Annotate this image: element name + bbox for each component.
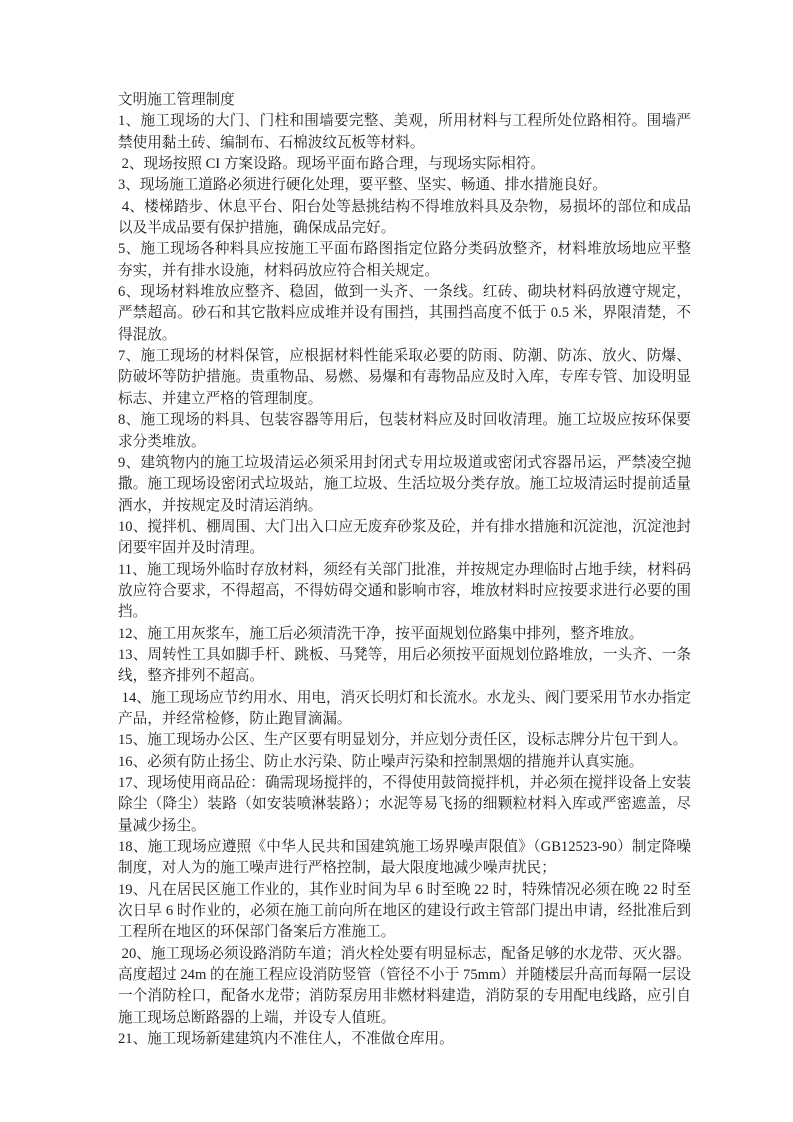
rule-item-1: 1、施工现场的大门、门柱和围墙要完整、美观，所用材料与工程所处位路相符。围墙严禁…	[118, 111, 691, 154]
rule-item-16: 16、必须有防止扬尘、防止水污染、防止噪声污染和控制黑烟的措施并认真实施。	[118, 752, 691, 773]
rule-item-3: 3、现场施工道路必须进行硬化处理，要平整、坚实、畅通、排水措施良好。	[118, 175, 691, 196]
rule-item-10: 10、搅拌机、棚周围、大门出入口应无废弃砂浆及砼，并有排水措施和沉淀池，沉淀池封…	[118, 517, 691, 560]
rule-item-14: 14、施工现场应节约用水、用电，消灭长明灯和长流水。水龙头、阀门要采用节水办指定…	[118, 688, 691, 731]
rule-item-8: 8、施工现场的料具、包装容器等用后，包装材料应及时回收清理。施工垃圾应按环保要求…	[118, 410, 691, 453]
rule-item-5: 5、施工现场各种料具应按施工平面布路图指定位路分类码放整齐，材料堆放场地应平整夯…	[118, 239, 691, 282]
rule-item-12: 12、施工用灰浆车，施工后必须清洗干净，按平面规划位路集中排列，整齐堆放。	[118, 624, 691, 645]
rule-item-20: 20、施工现场必须设路消防车道；消火栓处要有明显标志，配备足够的水龙带、灭火器。…	[118, 944, 691, 1029]
rule-item-21: 21、施工现场新建建筑内不准住人，不准做仓库用。	[118, 1029, 691, 1050]
rule-item-15: 15、施工现场办公区、生产区要有明显划分，并应划分责任区，设标志牌分片包干到人。	[118, 730, 691, 751]
rule-item-9: 9、建筑物内的施工垃圾清运必须采用封闭式专用垃圾道或密闭式容器吊运，严禁凌空抛撒…	[118, 453, 691, 517]
rule-item-4: 4、楼梯踏步、休息平台、阳台处等悬挑结构不得堆放料具及杂物，易损坏的部位和成品以…	[118, 197, 691, 240]
rule-item-11: 11、施工现场外临时存放材料，须经有关部门批准，并按规定办理临时占地手续，材料码…	[118, 560, 691, 624]
rule-item-7: 7、施工现场的材料保管，应根据材料性能采取必要的防雨、防潮、防冻、放火、防爆、防…	[118, 346, 691, 410]
document-page: 文明施工管理制度 1、施工现场的大门、门柱和围墙要完整、美观，所用材料与工程所处…	[0, 0, 793, 1122]
rule-item-18: 18、施工现场应遵照《中华人民共和国建筑施工场界噪声限值》（GB12523-90…	[118, 837, 691, 880]
rule-item-19: 19、凡在居民区施工作业的，其作业时间为早 6 时至晚 22 时，特殊情况必须在…	[118, 880, 691, 944]
rule-item-13: 13、周转性工具如脚手杆、跳板、马凳等，用后必须按平面规划位路堆放，一头齐、一条…	[118, 645, 691, 688]
rule-item-6: 6、现场材料堆放应整齐、稳固，做到一头齐、一条线。红砖、砌块材料码放遵守规定，严…	[118, 282, 691, 346]
document-title: 文明施工管理制度	[118, 90, 691, 111]
document-body: 文明施工管理制度 1、施工现场的大门、门柱和围墙要完整、美观，所用材料与工程所处…	[118, 90, 691, 1050]
rule-item-2: 2、现场按照 CI 方案设路。现场平面布路合理，与现场实际相符。	[118, 154, 691, 175]
rule-item-17: 17、现场使用商品砼：确需现场搅拌的，不得使用鼓筒搅拌机，并必须在搅拌设备上安装…	[118, 773, 691, 837]
